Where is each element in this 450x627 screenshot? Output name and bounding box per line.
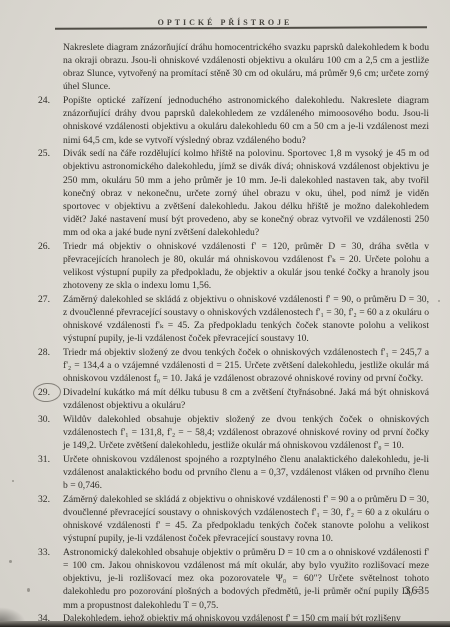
chapter-title: OPTICKÉ PŘÍSTROJE [158,18,293,27]
problem-item-32: 32.Záměrný dalekohled se skládá z objekt… [63,493,429,546]
problem-number: 25. [38,147,60,160]
problem-number: 28. [38,346,60,359]
page-number: 363 [405,585,425,597]
problem-text: Astronomický dalekohled obsahuje objekti… [63,547,429,611]
problem-item-29: 29.Divadelní kukátko má mít délku tubusu… [63,386,429,412]
problem-text: Triedr má objektiv složený ze dvou tenký… [63,347,429,384]
problem-item-31: 31.Určete ohniskovou vzdálenost spojného… [63,453,429,492]
scan-speck [27,588,30,592]
problem-text: Nakreslete diagram znázorňující dráhu ho… [63,42,429,92]
problem-item-26: 26.Triedr má objektiv o ohniskové vzdále… [63,240,429,293]
problem-number: 33. [38,546,60,559]
problem-number: 26. [38,240,60,253]
problem-item-30: 30.Wildův dalekohled obsahuje objektiv s… [63,413,429,452]
problem-number: 30. [38,413,60,426]
scan-page-edge [0,621,450,627]
problem-item-23-continued: Nakreslete diagram znázorňující dráhu ho… [63,41,429,94]
problem-text: Popište optické zařízení jednoduchého as… [63,95,429,145]
problem-item-25: 25.Divák sedí na čáře rozdělující kolmo … [63,147,429,239]
scan-speck [12,480,14,482]
problem-text: Divadelní kukátko má mít délku tubusu 8 … [63,387,429,411]
problem-text: Wildův dalekohled obsahuje objektiv slož… [63,414,429,451]
problem-number: 32. [38,493,60,506]
problem-text: Divák sedí na čáře rozdělující kolmo hři… [63,148,429,238]
problem-text: Záměrný dalekohled se skládá z objektivu… [63,494,429,544]
problem-number: 24. [38,94,60,107]
problem-item-27: 27.Záměrný dalekohled se skládá z objekt… [63,293,429,346]
problems-list: Nakreslete diagram znázorňující dráhu ho… [63,41,429,626]
problem-text: Záměrný dalekohled se skládá z objektivu… [63,294,429,344]
problem-number: 31. [38,453,60,466]
problem-text: Určete ohniskovou vzdálenost spojného a … [63,454,429,491]
scan-speck [9,560,12,563]
problem-item-33: 33.Astronomický dalekohled obsahuje obje… [63,546,429,612]
book-page: OPTICKÉ PŘÍSTROJE Nakreslete diagram zná… [0,0,450,627]
problem-number: 27. [38,293,60,306]
problem-item-24: 24.Popište optické zařízení jednoduchého… [63,94,429,147]
problem-number-circled-annotation: 29. [38,386,60,399]
scan-speck [438,300,440,302]
problem-item-28: 28.Triedr má objektiv složený ze dvou te… [63,346,429,385]
problem-text: Triedr má objektiv o ohniskové vzdálenos… [63,241,429,291]
